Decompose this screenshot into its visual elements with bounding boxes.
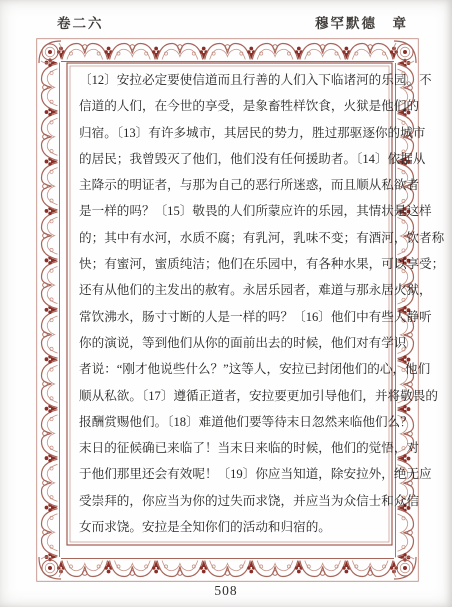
text-line: 的居民；我曾毁灭了他们，他们没有任何援助者。〔14〕依据从	[79, 146, 389, 172]
page-number: 508	[214, 583, 237, 598]
text-line: 还有从他们的主发出的赦宥。永居乐园者，难道与那永居火狱，	[79, 277, 389, 303]
text-line: 快；有蜜河，蜜质纯洁；他们在乐园中，有各种水果，可以享受；	[79, 251, 389, 277]
scripture-text: 〔12〕安拉必定要使信道而且行善的人们入下临诸河的乐园。不 信道的人们，在今世的…	[79, 67, 389, 540]
left-band	[42, 58, 60, 561]
text-line: 信道的人们，在今世的享受，是象畜牲样饮食，火狱是他们的	[79, 93, 389, 119]
text-line: 是一样的吗？〔15〕敬畏的人们所蒙应许的乐园，其情状是这样	[79, 198, 389, 224]
book-page: 卷二六 穆罕默德 章	[0, 0, 452, 607]
text-line: 末日的征候确已来临了！当末日来临的时候，他们的觉悟，对	[79, 435, 389, 461]
text-line: 者说：“刚才他说些什么？”这等人，安拉已封闭他们的心，他们	[79, 356, 389, 382]
volume-label: 卷二六	[57, 12, 104, 32]
text-line: 你的演说，等到他们从你的面前出去的时候，他们对有学识	[79, 330, 389, 356]
text-line: 主降示的明证者，与那为自己的恶行所迷惑，而且顺从私欲者	[79, 172, 389, 198]
text-line: 的；其中有水河，水质不腐；有乳河，乳味不变；有酒河，饮者称	[79, 225, 389, 251]
top-band	[57, 44, 398, 62]
text-line: 于他们那里还会有效呢！〔19〕你应当知道，除安拉外，绝无应	[79, 461, 389, 487]
running-header: 卷二六 穆罕默德 章	[57, 12, 408, 32]
text-line: 顺从私欲。〔17〕遵循正道者，安拉要更加引导他们，并将敬畏的	[79, 383, 389, 409]
text-line: 受崇拜的，你应当为你的过失而求饶，并应当为众信士和众信	[79, 488, 389, 514]
bottom-band	[57, 559, 398, 577]
text-line: 报酬赏赐他们。〔18〕难道他们要等待末日忽然来临他们么？	[79, 409, 389, 435]
text-line: 归宿。〔13〕有许多城市，其居民的势力，胜过那驱逐你的城市	[79, 120, 389, 146]
text-line: 常饮沸水，肠寸寸断的人是一样的吗？〔16〕他们中有些人静听	[79, 304, 389, 330]
chapter-label: 穆罕默德 章	[315, 12, 408, 32]
text-line: 女而求饶。安拉是全知你们的活动和归宿的。	[79, 514, 389, 540]
text-line: 〔12〕安拉必定要使信道而且行善的人们入下临诸河的乐园。不	[79, 67, 389, 93]
page-footer: 508	[0, 583, 452, 599]
